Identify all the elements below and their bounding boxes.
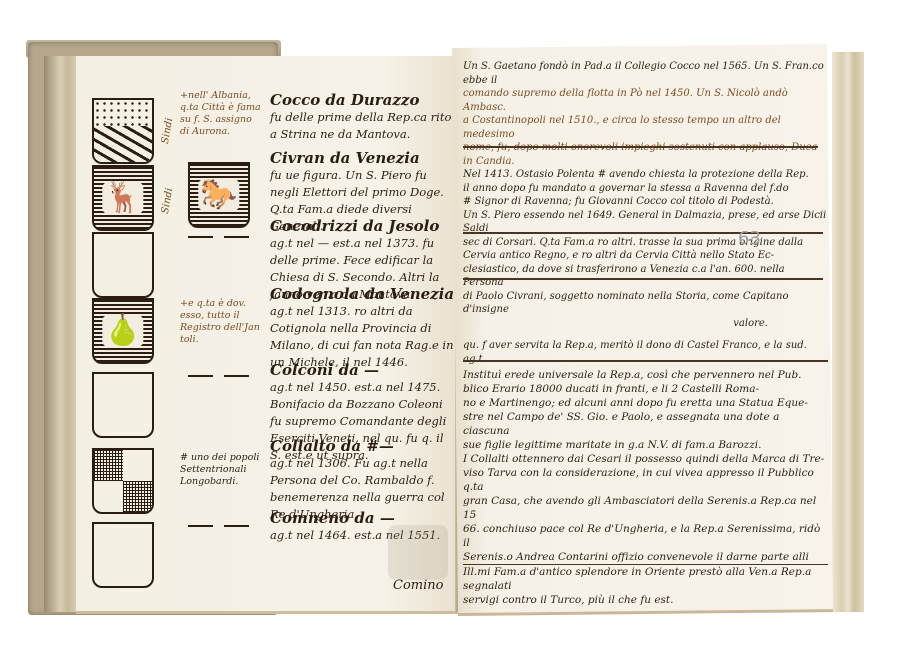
entry-cocco: Cocco da Durazzo fu delle prime della Re… [270, 92, 455, 143]
bleed-through-stamp [388, 525, 448, 580]
entry-title: Cocodrizzi da Jesolo [270, 218, 455, 235]
text-line: servigi contro il Turco, più il che fu e… [463, 593, 828, 607]
shield-deer-variant: 🐎 [188, 162, 250, 228]
shield-quarterly [92, 448, 154, 514]
entry-title: Colconi da — [270, 362, 455, 379]
shield-dotted-bendy [92, 98, 154, 164]
text-line: valore. [463, 317, 828, 331]
right-top-block: Un S. Gaetano fondò in Pad.a il Collegio… [463, 60, 828, 330]
entry-text: fu delle prime della Rep.ca rito a Strin… [270, 109, 455, 143]
shield-bends [94, 126, 152, 162]
text-line: di Paolo Civrani, soggetto nominato nell… [463, 290, 828, 317]
deer-icon: 🦌 [102, 182, 143, 214]
text-line: sec di Corsari. Q.ta Fam.a ro altri. tra… [463, 236, 828, 250]
annotation: +nell' Albania, q.ta Città è fama su f. … [180, 90, 262, 138]
annotation: +e q.ta è dov. esso, tutto il Registro d… [180, 298, 262, 346]
text-line: Instituì erede universale la Rep.a, così… [463, 368, 828, 382]
entry-title: Cocco da Durazzo [270, 92, 455, 109]
shield-deer: 🦌 [92, 165, 154, 231]
text-line: Ill.mi Fam.a d'antico splendore in Orien… [463, 564, 828, 593]
text-line: blico Erario 18000 ducati in franti, e l… [463, 382, 828, 396]
entry-codognola: Codognola da Venezia ag.t nel 1313. ro a… [270, 286, 455, 371]
page-number: 63 [738, 228, 761, 249]
text-line: stre nel Campo de' SS. Gio. e Paolo, e a… [463, 410, 828, 438]
shield-blank [92, 372, 154, 438]
shield-blank [92, 522, 154, 588]
annotation: # uno dei popoli Settentrionali Longobar… [180, 452, 265, 488]
divider [463, 360, 828, 362]
text-line: # Signor di Ravenna; fu Giovanni Cocco c… [463, 195, 828, 209]
shield-blank [92, 232, 154, 298]
shield-chief-dots [94, 100, 152, 128]
entry-title: Collalto da #— [270, 438, 455, 455]
text-line: no e Martinengo; ed alcuni anni dopo fu … [463, 396, 828, 410]
divider [463, 278, 823, 280]
right-bottom-block: Instituì erede universale la Rep.a, così… [463, 368, 828, 607]
text-line: a Costantinopoli nel 1510., e circa lo s… [463, 114, 828, 141]
text-line: comando supremo della flotta in Pò nel 1… [463, 87, 828, 114]
entry-title: Civran da Venezia [270, 150, 455, 167]
text-line: Cervia antico Regno, e ro altri da Cervi… [463, 249, 828, 263]
shield-quince: 🍐 [92, 298, 154, 364]
dash [188, 375, 213, 377]
dash [224, 525, 249, 527]
dash [188, 525, 213, 527]
footer-catchword: Comino [393, 578, 443, 593]
shield-quarter-checkered [94, 450, 123, 481]
horse-icon: 🐎 [198, 179, 239, 211]
text-line: 66. conchiuso pace col Re d'Ungheria, e … [463, 522, 828, 550]
dash [224, 236, 249, 238]
shield-quarter-checkered [123, 481, 152, 512]
text-line: Serenis.o Andrea Contarini offizio conve… [463, 550, 828, 564]
divider [463, 146, 818, 148]
text-line: Nel 1413. Ostasio Polenta # avendo chies… [463, 168, 828, 182]
page-edges-right [832, 52, 864, 612]
middle-line: qu. f aver servita la Rep.a, meritò il d… [463, 339, 828, 366]
text-line: sue figlie legittime maritate in g.a N.V… [463, 438, 828, 452]
text-line: viso Tarva con la considerazione, in cui… [463, 466, 828, 494]
text-line: clesiastico, da dove si trasferirono a V… [463, 263, 828, 290]
dash [224, 375, 249, 377]
text-line: gran Casa, che avendo gli Ambasciatori d… [463, 494, 828, 522]
text-line: I Collalti ottennero dai Cesari il posse… [463, 452, 828, 466]
divider [463, 232, 823, 234]
fruit-icon: 🍐 [102, 315, 143, 347]
text-line: il anno dopo fu mandato a governar la st… [463, 182, 828, 196]
dash [188, 236, 213, 238]
text-line: Un S. Gaetano fondò in Pad.a il Collegio… [463, 60, 828, 87]
entry-title: Codognola da Venezia [270, 286, 455, 303]
